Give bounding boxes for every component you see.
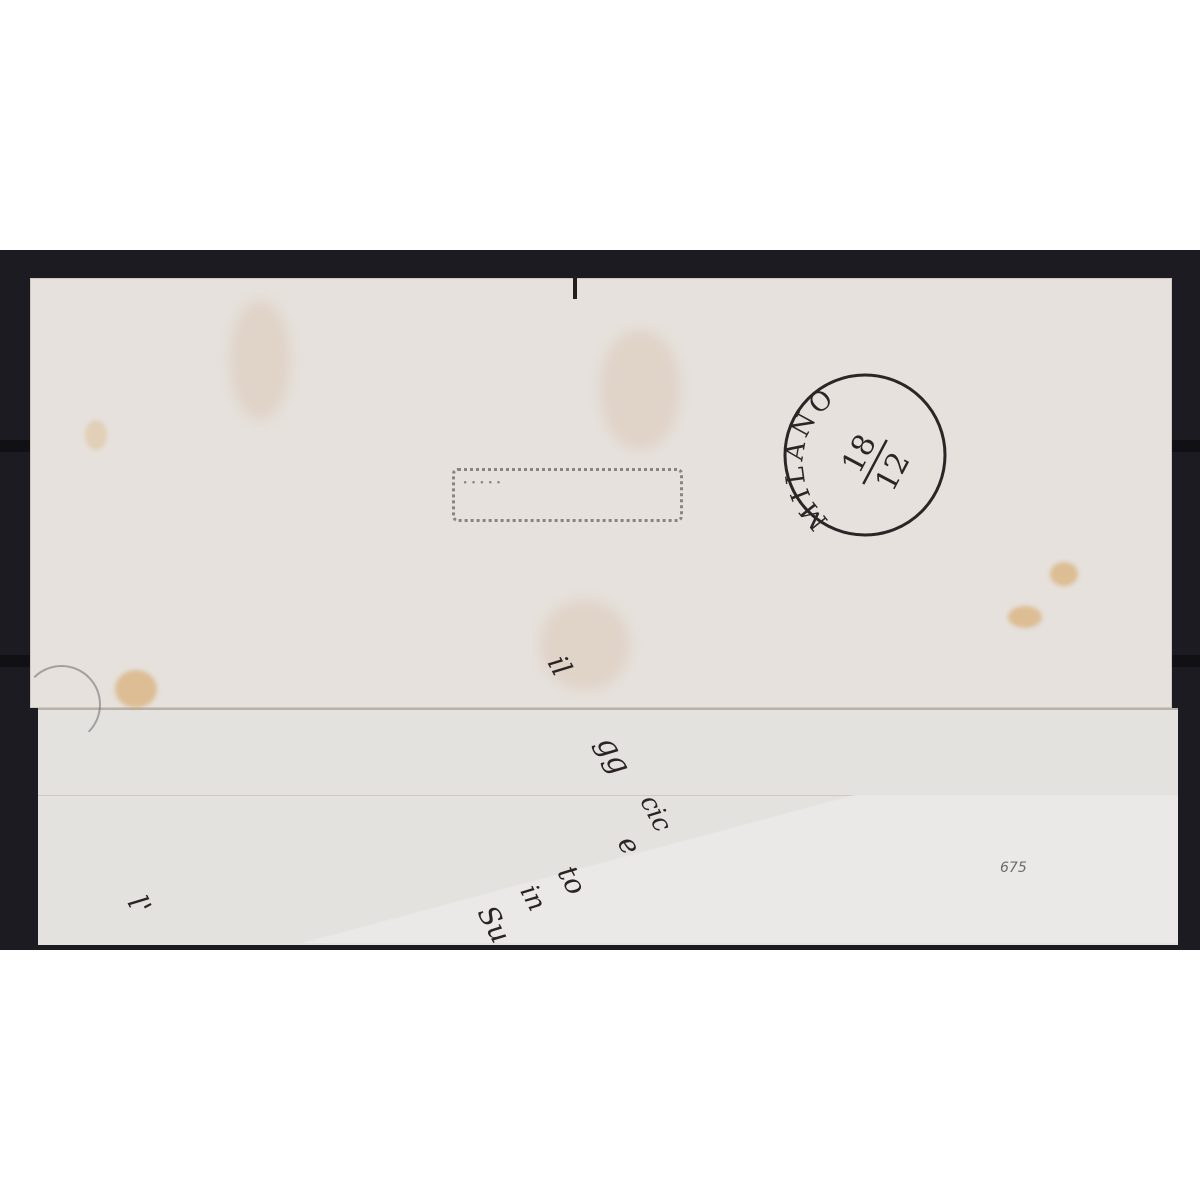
svg-text:MILANO: MILANO xyxy=(780,381,842,535)
datestamp-city: MILANO xyxy=(780,381,842,535)
partial-postmark xyxy=(22,665,101,744)
foxing-stain xyxy=(85,420,107,450)
foxing-stain xyxy=(1008,606,1042,628)
milano-datestamp: MILANO 18 12 xyxy=(780,370,950,540)
ink-bleed-stain xyxy=(600,330,680,450)
ink-mark xyxy=(573,275,577,299)
ink-bleed-stain xyxy=(230,300,290,420)
framed-cancel-text: ····· xyxy=(462,470,504,494)
foxing-stain xyxy=(1050,562,1078,586)
foxing-stain xyxy=(115,670,157,708)
pencil-note: 675 xyxy=(1000,860,1027,876)
